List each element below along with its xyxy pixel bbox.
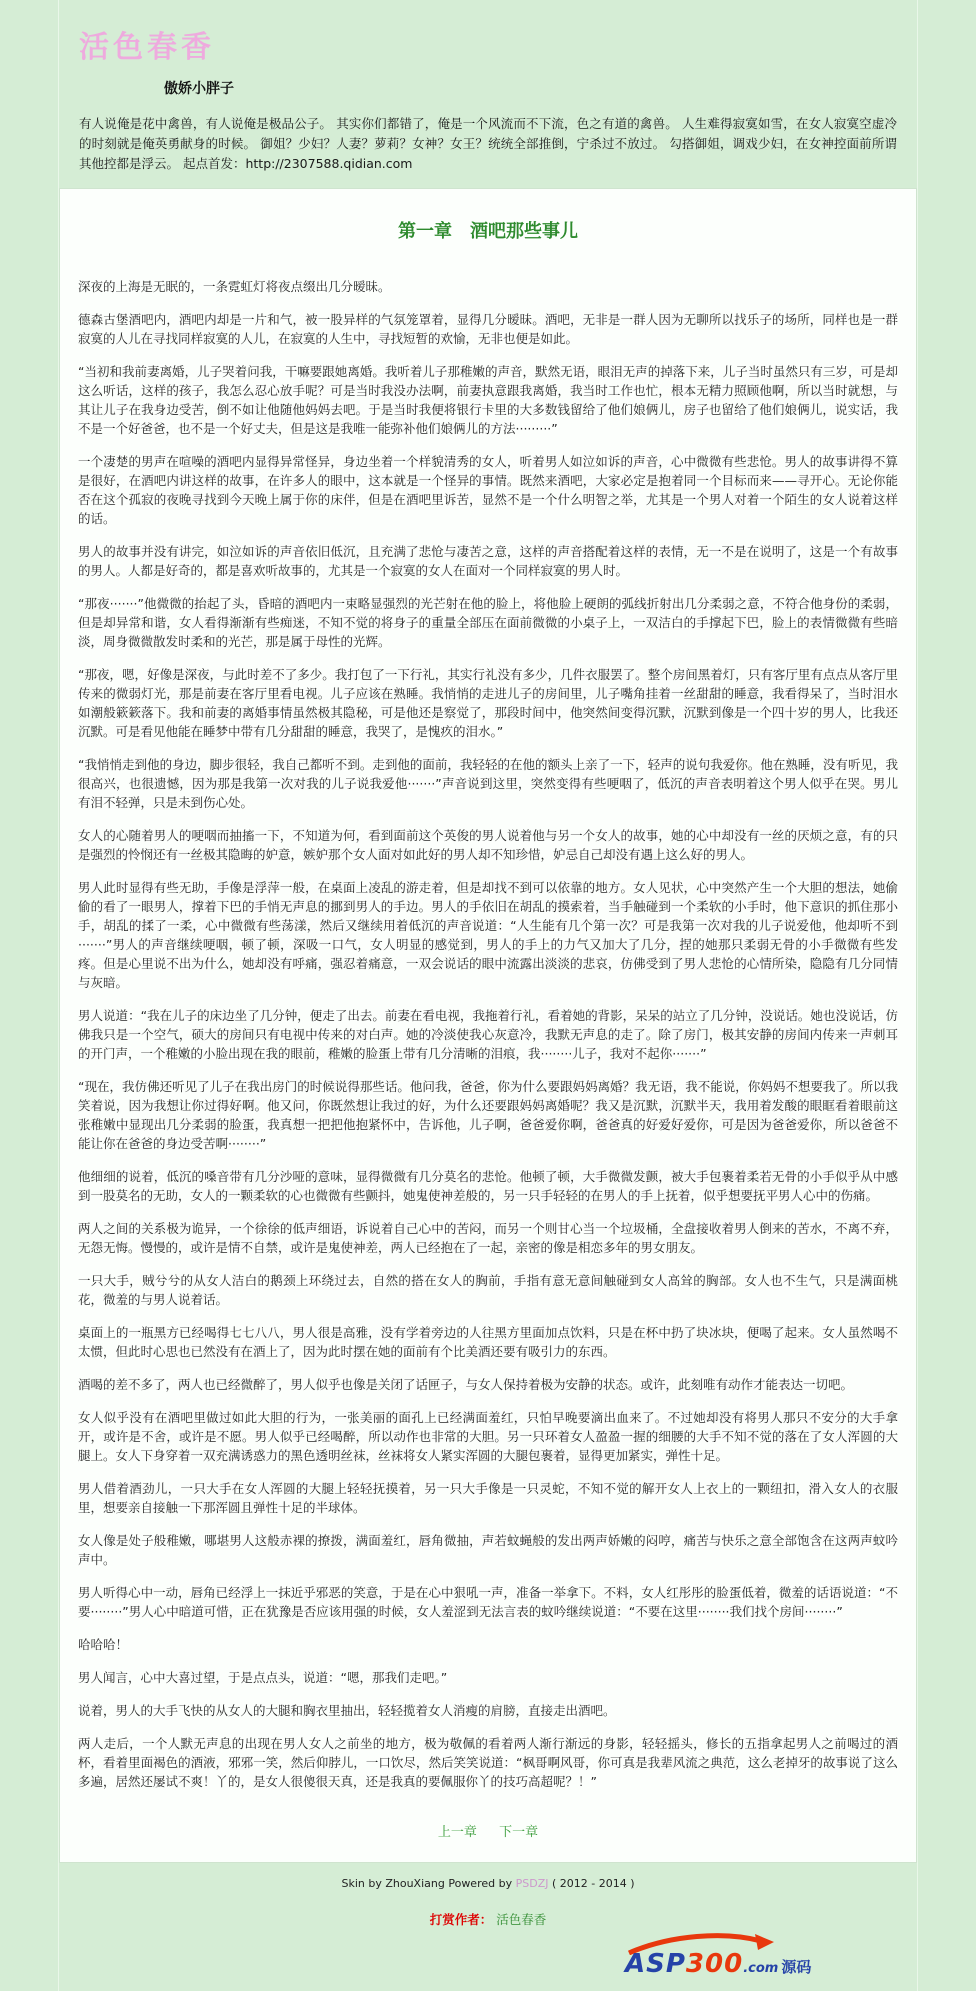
story-paragraph: 两人走后，一个人默无声息的出现在男人女人之前坐的地方，极为敬佩的看着两人渐行渐远… [78,1734,898,1791]
book-intro: 有人说俺是花中禽兽，有人说俺是极品公子。 其实你们都错了，俺是一个风流而不下流，… [79,114,897,174]
logo-row: ASP300.com源码 [59,1933,917,1977]
story-paragraph: 男人说道：“我在儿子的床边坐了几分钟，便走了出去。前妻在看电视，我拖着行礼，看着… [78,1006,898,1063]
story-paragraph: 两人之间的关系极为诡异，一个徐徐的低声细语，诉说着自己心中的苦闷，而另一个则甘心… [78,1219,898,1257]
story-paragraph: 他细细的说着，低沉的嗓音带有几分沙哑的意味，显得微微有几分莫名的悲怆。他顿了顿，… [78,1167,898,1205]
story-paragraph: 德森古堡酒吧内，酒吧内却是一片和气，被一股异样的气氛笼罩着，显得几分暧昧。酒吧，… [78,310,898,348]
reward-label: 打赏作者： [430,1912,493,1927]
credit-years-text: ( 2012 - 2014 ) [552,1877,635,1890]
page-footer: Skin by ZhouXiang Powered by PSDZJ ( 201… [59,1863,917,1991]
story-paragraph: “我悄悄走到他的身边，脚步很轻，我自己都听不到。走到他的面前，我轻轻的在他的额头… [78,755,898,812]
book-title: 活色春香 [79,22,897,66]
content-column: 活色春香 傲娇小胖子 有人说俺是花中禽兽，有人说俺是极品公子。 其实你们都错了，… [58,0,918,1991]
book-header: 活色春香 傲娇小胖子 有人说俺是花中禽兽，有人说俺是极品公子。 其实你们都错了，… [59,0,917,188]
story-paragraph: 桌面上的一瓶黑方已经喝得七七八八，男人很是高雅，没有学着旁边的人往黑方里面加点饮… [78,1323,898,1361]
story-paragraph: 男人听得心中一动，唇角已经浮上一抹近乎邪恶的笑意，于是在心中狠吼一声，准备一举拿… [78,1583,898,1621]
credit-prefix-text: Skin by ZhouXiang Powered by [341,1877,512,1890]
story-paragraph: 一只大手，贼兮兮的从女人洁白的鹅颈上环绕过去，自然的搭在女人的胸前，手指有意无意… [78,1271,898,1309]
story-paragraph: 说着，男人的大手飞快的从女人的大腿和胸衣里抽出，轻轻揽着女人消瘦的肩膀，直接走出… [78,1701,898,1720]
story-paragraph: 女人的心随着男人的哽咽而抽搐一下，不知道为何，看到面前这个英俊的男人说着他与另一… [78,826,898,864]
asp300-logo[interactable]: ASP300.com源码 [625,1933,777,1977]
story-paragraph: 哈哈哈！ [78,1635,898,1654]
next-chapter-link[interactable]: 下一章 [499,1825,538,1840]
reward-line: 打赏作者： 活色春香 [59,1910,917,1928]
story-paragraph: “现在，我仿佛还听见了儿子在我出房门的时候说得那些话。他问我，爸爸，你为什么要跟… [78,1077,898,1153]
story-paragraph: “那夜，嗯，好像是深夜，与此时差不了多少。我打包了一下行礼，其实行礼没有多少，几… [78,665,898,741]
story-paragraph: 酒喝的差不多了，两人也已经微醉了，男人似乎也像是关闭了话匣子，与女人保持着极为安… [78,1375,898,1394]
story-paragraph: 男人借着酒劲儿，一只大手在女人浑圆的大腿上轻轻抚摸着，另一只大手像是一只灵蛇，不… [78,1479,898,1517]
prev-chapter-link[interactable]: 上一章 [438,1825,477,1840]
story-paragraph: 女人似乎没有在酒吧里做过如此大胆的行为，一张美丽的面孔上已经满面羞红，只怕早晚要… [78,1408,898,1465]
logo-tld-text: .com [743,1961,778,1976]
story-body: 深夜的上海是无眠的，一条霓虹灯将夜点缀出几分暧昧。德森古堡酒吧内，酒吧内却是一片… [78,277,898,1791]
chapter-title: 第一章 酒吧那些事儿 [78,217,898,243]
story-paragraph: 男人的故事并没有讲完，如泣如诉的声音依旧低沉，且充满了悲怆与凄苦之意，这样的声音… [78,542,898,580]
story-paragraph: 深夜的上海是无眠的，一条霓虹灯将夜点缀出几分暧昧。 [78,277,898,296]
story-paragraph: 男人此时显得有些无助，手像是浮萍一般，在桌面上凌乱的游走着，但是却找不到可以依靠… [78,878,898,992]
chapter-box: 第一章 酒吧那些事儿 深夜的上海是无眠的，一条霓虹灯将夜点缀出几分暧昧。德森古堡… [59,188,917,1863]
story-paragraph: 一个凄楚的男声在喧噪的酒吧内显得异常怪异，身边坐着一个样貌清秀的女人，听着男人如… [78,452,898,528]
skin-credit: Skin by ZhouXiang Powered by PSDZJ ( 201… [59,1877,917,1890]
story-paragraph: 女人像是处子般稚嫩，哪堪男人这般赤裸的撩拨，满面羞红，唇角微抽，声若蚊蝇般的发出… [78,1531,898,1569]
story-paragraph: “当初和我前妻离婚，儿子哭着问我，干嘛要跟她离婚。我听着儿子那稚嫩的声音，默然无… [78,362,898,438]
reward-book-link[interactable]: 活色春香 [496,1912,546,1927]
story-paragraph: 男人闻言，心中大喜过望，于是点点头，说道：“嗯，那我们走吧。” [78,1668,898,1687]
book-author: 傲娇小胖子 [164,78,897,98]
logo-number-text: 300 [686,1949,743,1979]
logo-brand-text: ASP [625,1949,686,1979]
story-paragraph: “那夜·······”他微微的抬起了头，昏暗的酒吧内一束略显强烈的光芒射在他的脸… [78,594,898,651]
logo-text: ASP300.com源码 [625,1951,777,1977]
logo-cn-text: 源码 [781,1958,811,1976]
psdzj-link[interactable]: PSDZJ [516,1877,549,1890]
chapter-nav: 上一章 下一章 [78,1821,898,1840]
